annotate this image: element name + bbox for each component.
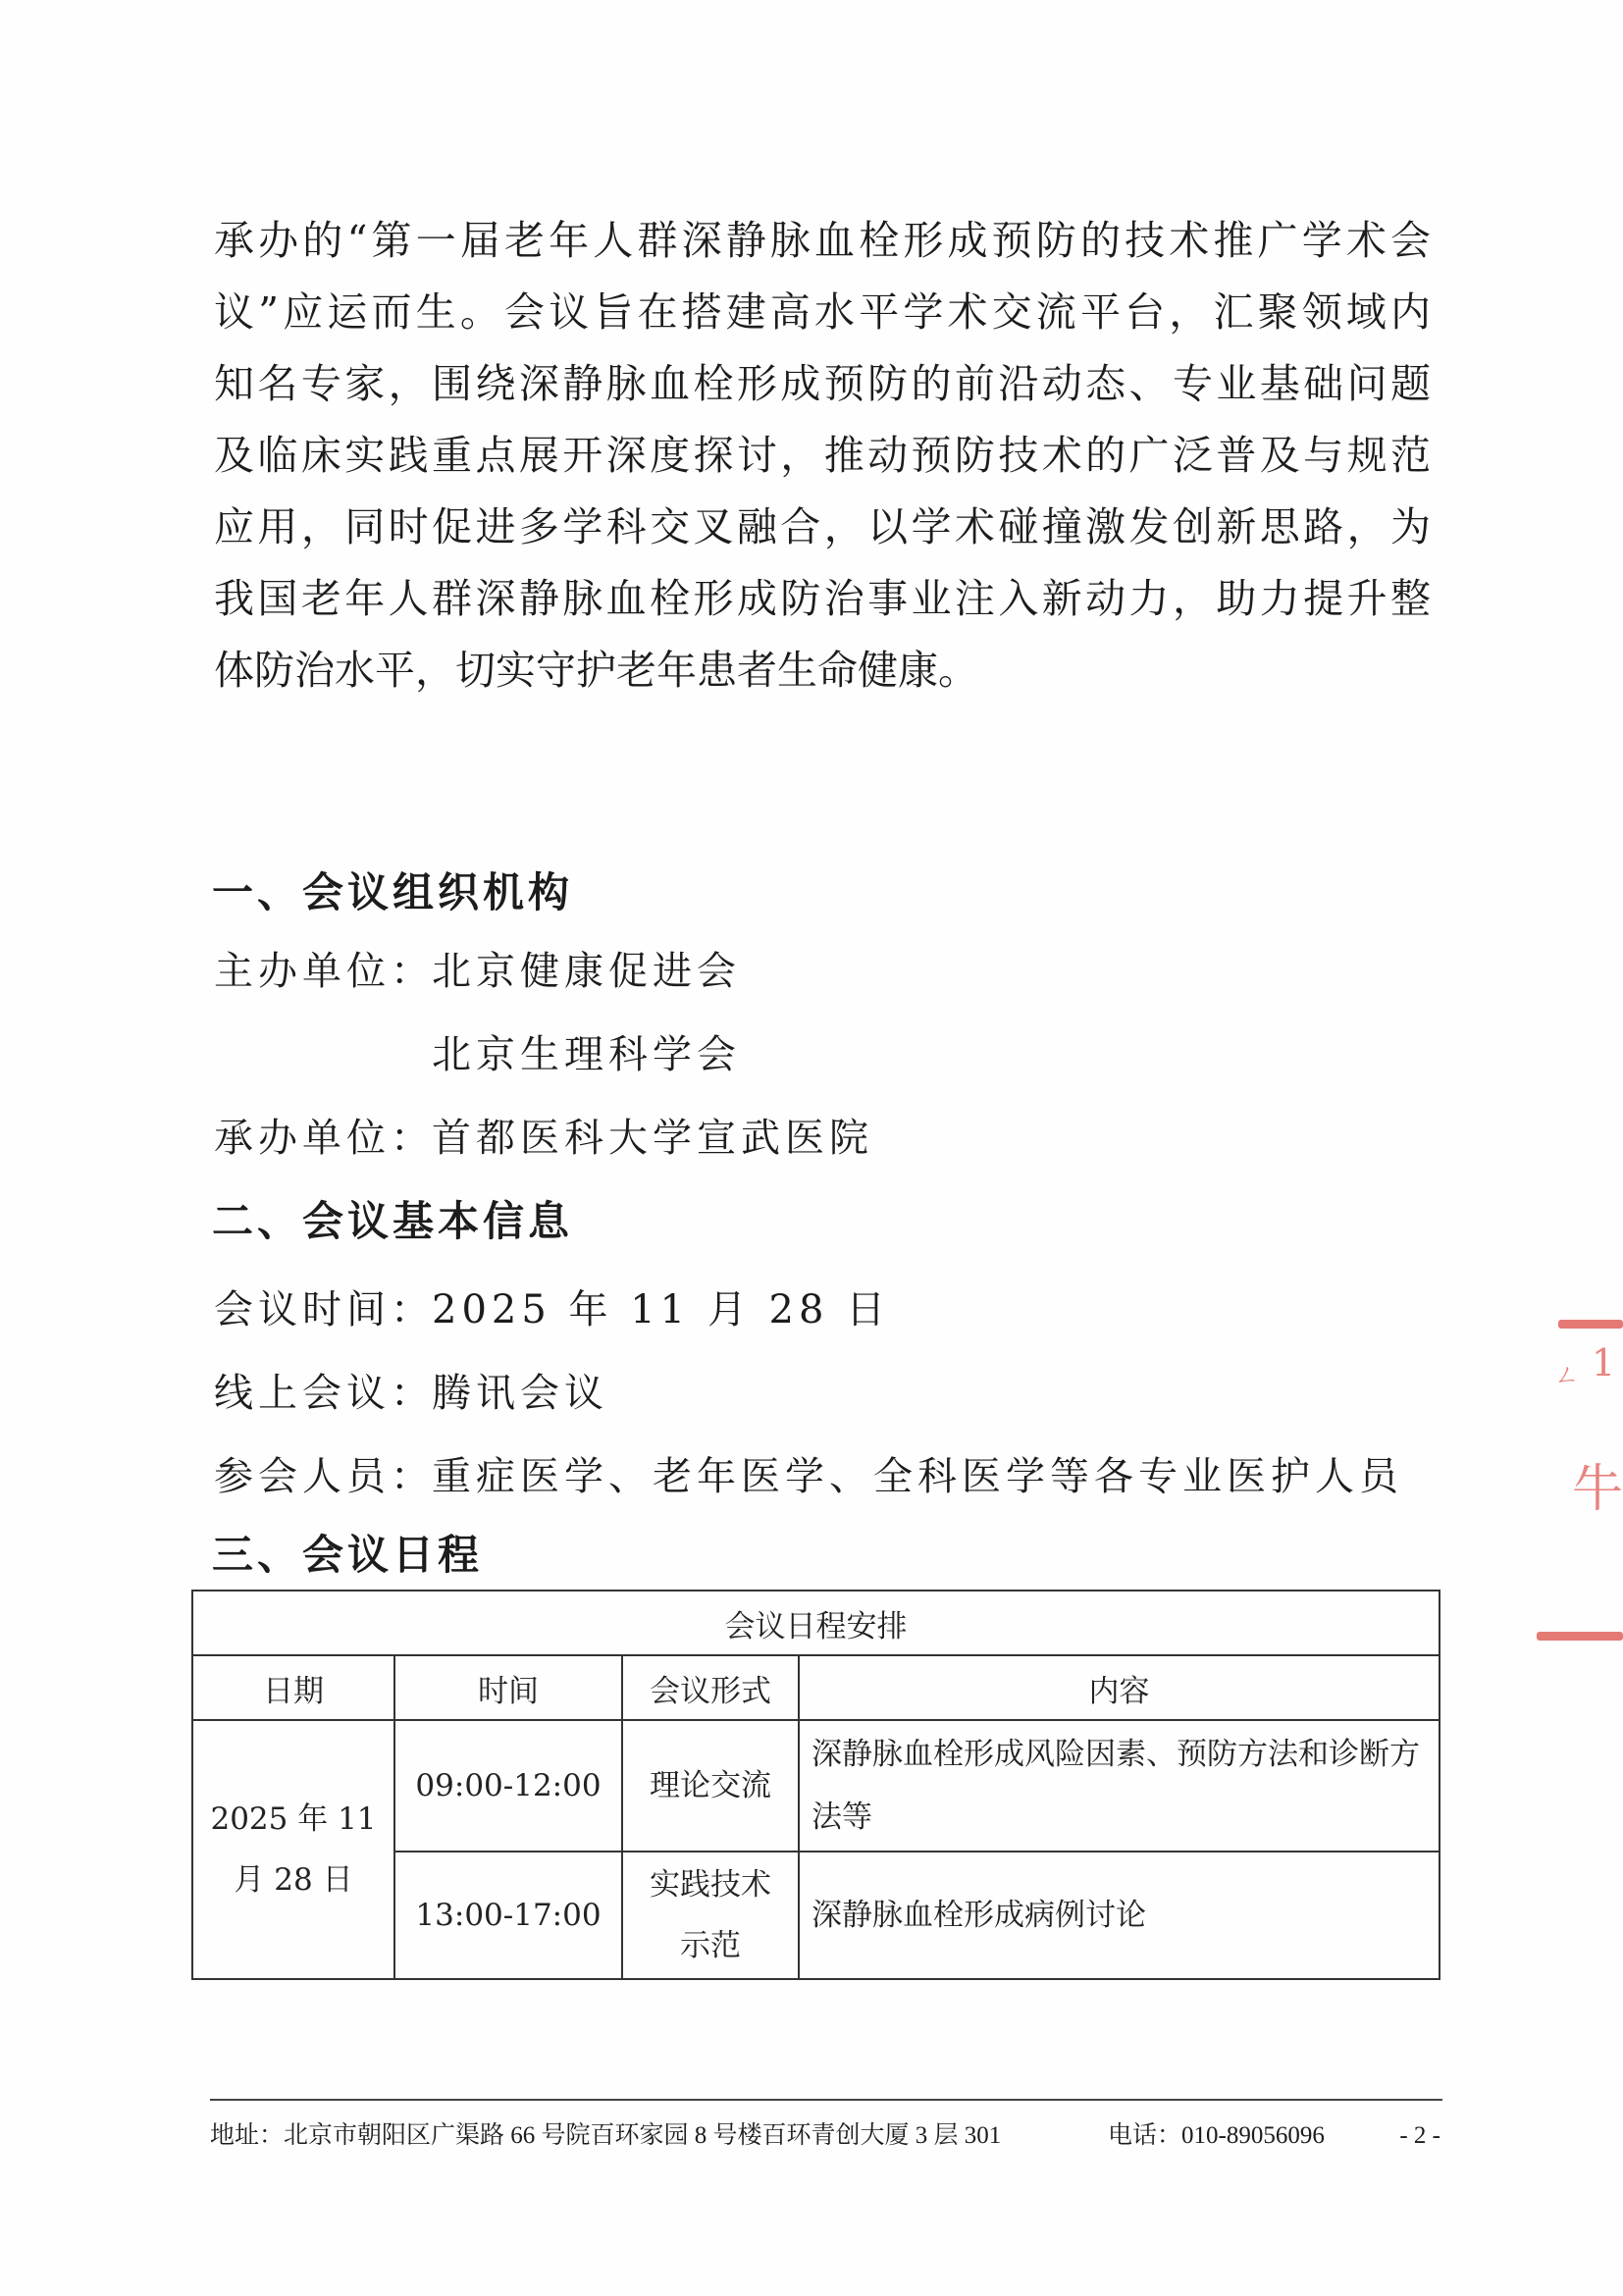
organizer-field: 承办单位：首都医科大学宣武医院 [214,1114,873,1163]
page-number: - 2 - [1399,2121,1440,2151]
footer-divider [210,2099,1442,2101]
meeting-time-label: 会议时间： [214,1285,432,1334]
paragraph-line: 及临床实践重点展开深度探讨，推动预防技术的广泛普及与规范 [214,431,1431,480]
host-field-2: 北京生理科学会 [432,1030,741,1079]
paragraph-line: 议”应运而生。会议旨在搭建高水平学术交流平台，汇聚领域内 [214,287,1431,337]
seal-mark: 1 [1592,1341,1615,1384]
host-value: 北京健康促进会 [432,949,741,994]
time-cell: 09:00-12:00 [394,1720,622,1852]
attendees-field: 参会人员：重症医学、老年医学、全科医学等各专业医护人员 [214,1452,1403,1501]
table-row: 2025 年 11 月 28 日 09:00-12:00 理论交流 深静脉血栓形… [192,1720,1440,1852]
organizer-label: 承办单位： [214,1114,432,1163]
footer-address: 地址：北京市朝阳区广渠路 66 号院百环家园 8 号楼百环青创大厦 3 层 30… [210,2121,1001,2151]
online-meeting-field: 线上会议：腾讯会议 [214,1369,608,1418]
section-heading-organization: 一、会议组织机构 [212,868,573,917]
format-cell: 实践技术示范 [622,1852,799,1979]
host-field: 主办单位：北京健康促进会 [214,947,741,996]
section-heading-schedule: 三、会议日程 [212,1531,483,1580]
online-meeting-label: 线上会议： [214,1369,432,1418]
official-seal-fragment: ㄥ 1 牛 [1537,1320,1623,1644]
online-meeting-value: 腾讯会议 [432,1371,608,1416]
table-title: 会议日程安排 [192,1591,1440,1655]
paragraph-line: 体防治水平，切实守护老年患者生命健康。 [214,646,1431,695]
seal-edge [1537,1632,1623,1641]
organizer-value: 首都医科大学宣武医院 [432,1116,873,1161]
column-header-format: 会议形式 [622,1655,799,1720]
host-label: 主办单位： [214,947,432,996]
column-header-content: 内容 [799,1655,1440,1720]
meeting-time-value: 2025 年 11 月 28 日 [432,1287,890,1332]
footer-phone: 电话：010-89056096 [1108,2121,1325,2151]
attendees-value: 重症医学、老年医学、全科医学等各专业医护人员 [432,1454,1403,1499]
host-value: 北京生理科学会 [432,1032,741,1077]
content-cell: 深静脉血栓形成病例讨论 [799,1852,1440,1979]
paragraph-line: 应用，同时促进多学科交叉融合，以学术碰撞激发创新思路，为 [214,502,1431,551]
format-cell: 理论交流 [622,1720,799,1852]
paragraph-line: 我国老年人群深静脉血栓形成防治事业注入新动力，助力提升整 [214,574,1431,623]
content-cell: 深静脉血栓形成风险因素、预防方法和诊断方法等 [799,1720,1440,1852]
date-cell: 2025 年 11 月 28 日 [192,1720,394,1979]
time-cell: 13:00-17:00 [394,1852,622,1979]
section-heading-basic-info: 二、会议基本信息 [212,1197,573,1246]
paragraph-line: 承办的“第一届老年人群深静脉血栓形成预防的技术推广学术会 [214,216,1431,265]
schedule-table: 会议日程安排 日期 时间 会议形式 内容 2025 年 11 月 28 日 09… [191,1590,1440,1980]
seal-mark: 牛 [1572,1447,1623,1521]
meeting-time-field: 会议时间：2025 年 11 月 28 日 [214,1285,890,1334]
attendees-label: 参会人员： [214,1452,432,1501]
column-header-date: 日期 [192,1655,394,1720]
paragraph-line: 知名专家，围绕深静脉血栓形成预防的前沿动态、专业基础问题 [214,359,1431,408]
seal-edge [1558,1320,1623,1329]
seal-mark: ㄥ [1554,1355,1580,1391]
column-header-time: 时间 [394,1655,622,1720]
